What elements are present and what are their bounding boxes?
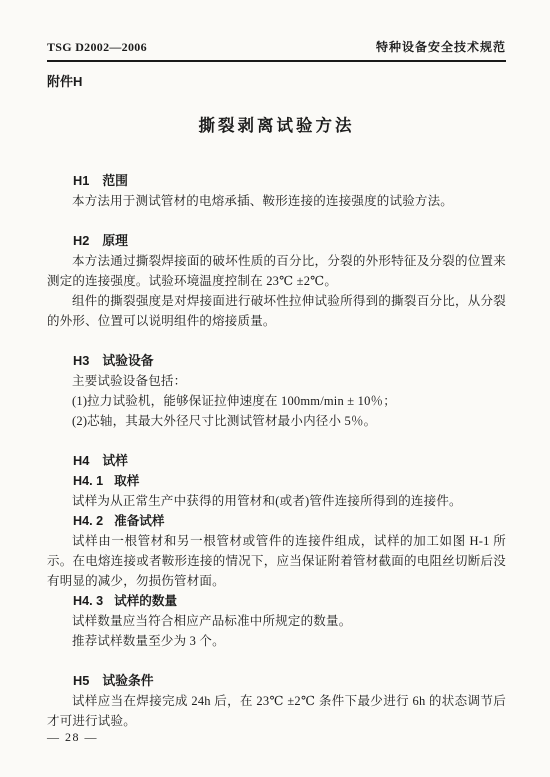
list-item-1: (1)拉力试验机，能够保证拉伸速度在 100mm/min ± 10％； (47, 391, 506, 411)
section-h4: H4试样 H4. 1取样 试样为从正常生产中获得的用管材和(或者)管件连接所得到… (47, 451, 506, 651)
section-h2: H2原理 本方法通过撕裂焊接面的破坏性质的百分比，分裂的外形特征及分裂的位置来测… (47, 231, 506, 331)
section-heading-h5: H5试验条件 (47, 671, 506, 691)
section-title: 试验条件 (102, 673, 153, 688)
subsection-heading-h4-1: H4. 1取样 (47, 471, 506, 491)
paragraph: 试样数量应当符合相应产品标准中所规定的数量。 (47, 611, 506, 631)
paragraph: 推荐试样数量至少为 3 个。 (47, 631, 506, 651)
subsection-heading-h4-3: H4. 3试样的数量 (47, 591, 506, 611)
section-h1: H1范围 本方法用于测试管材的电熔承插、鞍形连接的连接强度的试验方法。 (47, 171, 506, 211)
list-item-2: (2)芯轴，其最大外径尺寸比测试管材最小内径小 5％。 (47, 411, 506, 431)
paragraph: 主要试验设备包括： (47, 371, 506, 391)
section-title: 试验设备 (102, 353, 153, 368)
section-title: 试样 (102, 453, 128, 468)
subsection-heading-h4-2: H4. 2准备试样 (47, 511, 506, 531)
section-number: H3 (73, 353, 89, 368)
section-heading-h1: H1范围 (47, 171, 506, 191)
doc-category: 特种设备安全技术规范 (376, 40, 506, 54)
section-h5: H5试验条件 试样应当在焊接完成 24h 后，在 23℃ ±2℃ 条件下最少进行… (47, 671, 506, 731)
section-number: H5 (73, 673, 89, 688)
section-number: H1 (73, 173, 89, 188)
paragraph: 试样由一根管材和另一根管材或管件的连接件组成，试样的加工如图 H-1 所示。在电… (47, 531, 506, 591)
section-heading-h4: H4试样 (47, 451, 506, 471)
section-heading-h2: H2原理 (47, 231, 506, 251)
subsection-number: H4. 2 (73, 514, 103, 528)
paragraph: 本方法用于测试管材的电熔承插、鞍形连接的连接强度的试验方法。 (47, 191, 506, 211)
section-heading-h3: H3试验设备 (47, 351, 506, 371)
document-page: TSG D2002—2006 特种设备安全技术规范 附件H 撕裂剥离试验方法 H… (47, 40, 506, 731)
annex-label: 附件H (47, 75, 506, 89)
section-number: H2 (73, 233, 89, 248)
subsection-title: 试样的数量 (114, 594, 177, 608)
subsection-number: H4. 3 (73, 594, 103, 608)
document-title: 撕裂剥离试验方法 (47, 115, 506, 137)
page-header: TSG D2002—2006 特种设备安全技术规范 (47, 40, 506, 62)
section-title: 范围 (102, 173, 128, 188)
subsection-number: H4. 1 (73, 474, 103, 488)
section-h3: H3试验设备 主要试验设备包括： (1)拉力试验机，能够保证拉伸速度在 100m… (47, 351, 506, 431)
paragraph: 本方法通过撕裂焊接面的破坏性质的百分比，分裂的外形特征及分裂的位置来测定的连接强… (47, 251, 506, 291)
section-number: H4 (73, 453, 89, 468)
doc-number: TSG D2002—2006 (47, 40, 147, 54)
paragraph: 试样为从正常生产中获得的用管材和(或者)管件连接所得到的连接件。 (47, 491, 506, 511)
subsection-title: 准备试样 (114, 514, 164, 528)
section-title: 原理 (102, 233, 128, 248)
page-number: — 28 — (47, 730, 98, 745)
subsection-title: 取样 (114, 474, 139, 488)
paragraph: 试样应当在焊接完成 24h 后，在 23℃ ±2℃ 条件下最少进行 6h 的状态… (47, 691, 506, 731)
paragraph: 组件的撕裂强度是对焊接面进行破坏性拉伸试验所得到的撕裂百分比，从分裂的外形、位置… (47, 291, 506, 331)
